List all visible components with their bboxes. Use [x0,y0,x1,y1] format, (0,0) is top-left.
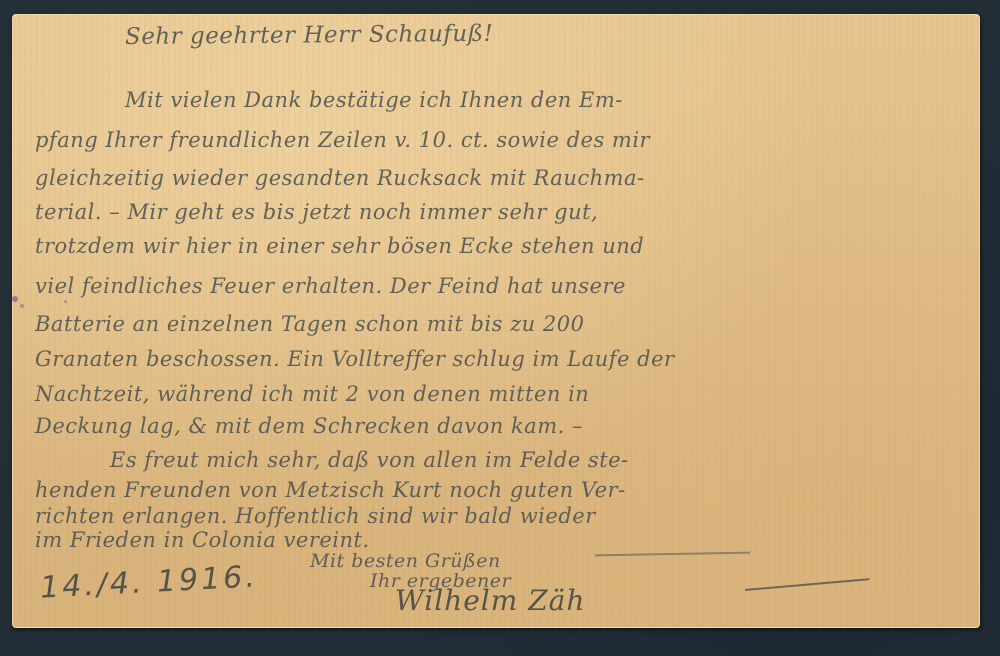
signature: Wilhelm Zäh [395,584,585,617]
body-line: richten erlangen. Hoffentlich sind wir b… [35,504,596,528]
body-line: trotzdem wir hier in einer sehr bösen Ec… [35,234,644,258]
ink-stain [12,296,18,302]
body-line: Granaten beschossen. Ein Volltreffer sch… [35,347,675,371]
body-line: viel feindliches Feuer erhalten. Der Fei… [35,274,626,298]
closing-greeting: Mit besten Grüßen [310,550,501,572]
body-line: gleichzeitig wieder gesandten Rucksack m… [35,166,645,190]
body-line: Es freut mich sehr, daß von allen im Fel… [110,448,629,472]
salutation: Sehr geehrter Herr Schaufuß! [125,21,493,50]
body-line: im Frieden in Colonia vereint. [35,528,370,552]
body-line: Deckung lag, & mit dem Schrecken davon k… [35,414,583,438]
body-line: Mit vielen Dank bestätige ich Ihnen den … [125,88,623,112]
body-line: terial. – Mir geht es bis jetzt noch imm… [35,200,598,224]
body-line: Batterie an einzelnen Tagen schon mit bi… [35,312,584,336]
ink-stain [20,304,24,308]
body-line: henden Freunden von Metzisch Kurt noch g… [35,478,626,502]
body-line: Nachtzeit, während ich mit 2 von denen m… [35,382,589,406]
ink-stain [64,300,67,303]
body-line: pfang Ihrer freundlichen Zeilen v. 10. c… [35,128,650,152]
